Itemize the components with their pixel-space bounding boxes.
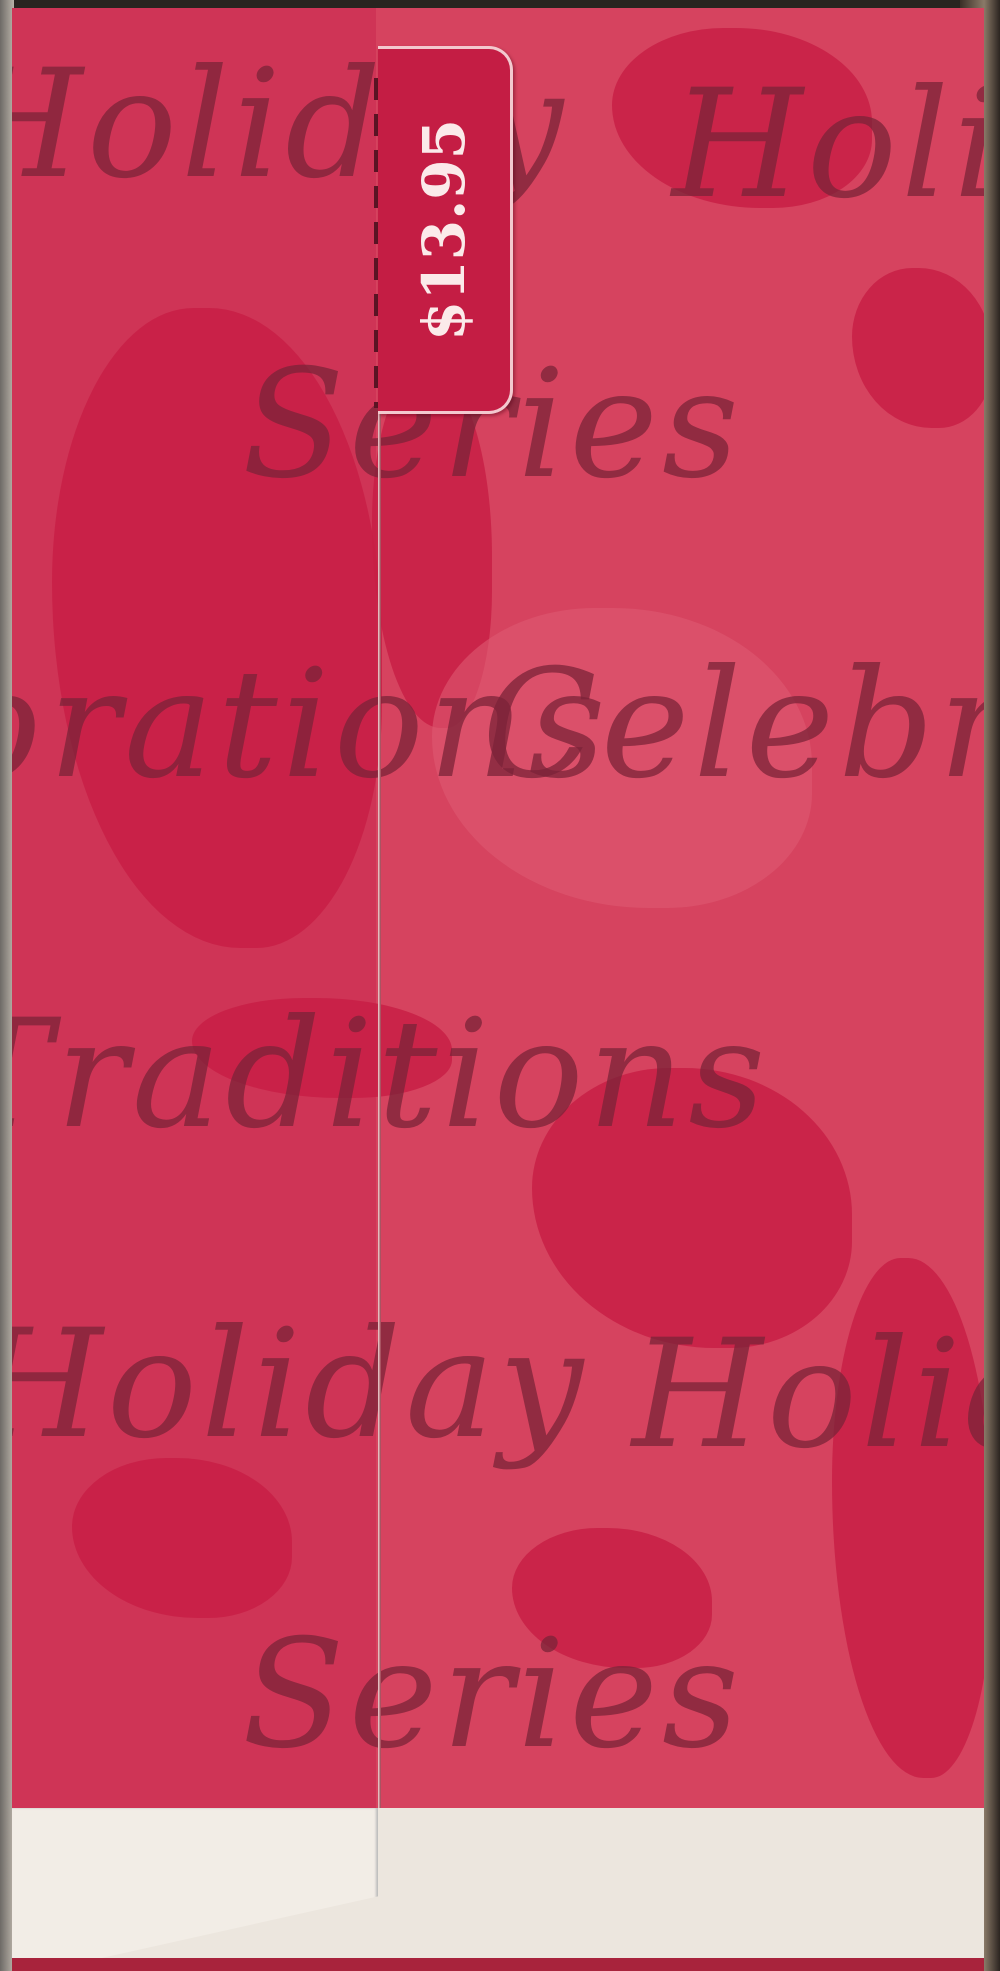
gift-box: Holiday Holiday Series Celebrations Cele…: [12, 8, 984, 1971]
script-word: Holiday: [12, 1298, 587, 1472]
box-bottom-edge: [12, 1958, 984, 1971]
price-tag: $13.95: [378, 46, 513, 414]
box-seam: [378, 403, 381, 1968]
script-word: Holiday: [632, 1308, 984, 1482]
script-word: Traditions: [12, 988, 769, 1162]
script-word: Celebrations: [482, 638, 984, 812]
price-label: $13.95: [410, 119, 478, 341]
script-word: Series: [242, 1608, 743, 1782]
script-word: Holiday: [672, 58, 984, 232]
